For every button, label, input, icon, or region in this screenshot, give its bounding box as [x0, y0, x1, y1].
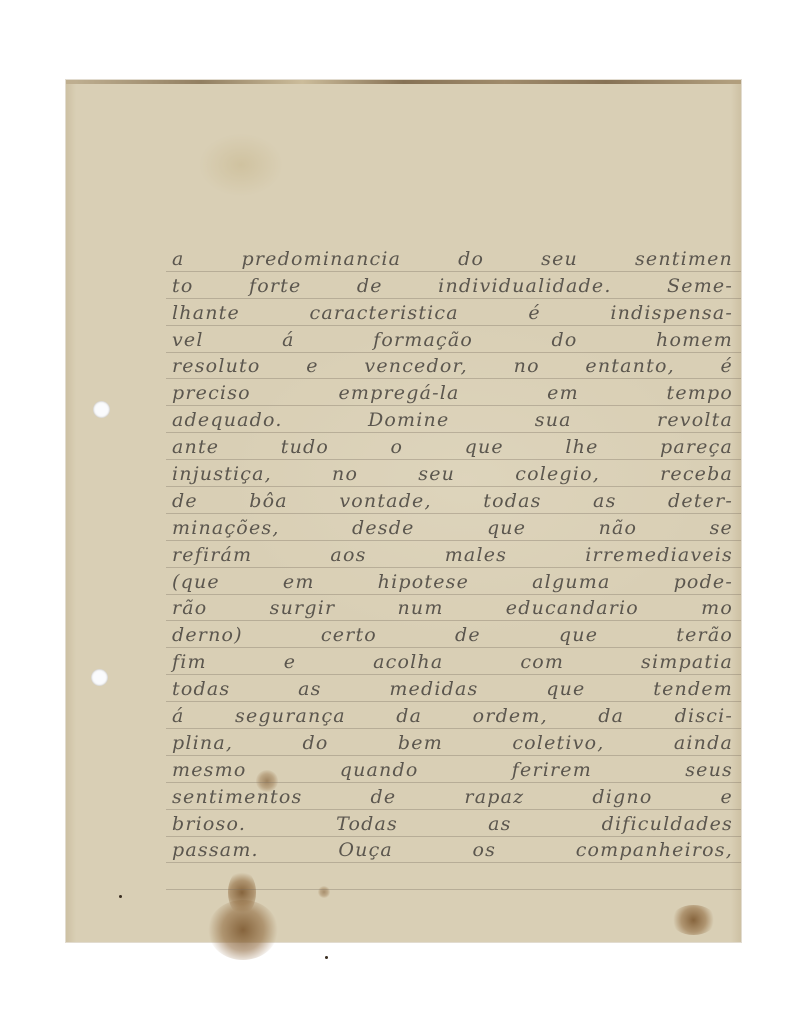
- handwritten-text: to forte de individualidade. Seme-: [172, 275, 733, 297]
- speck: [325, 956, 328, 959]
- text-line: a predominancia do seu sentimen: [166, 245, 741, 272]
- handwritten-text: resoluto e vencedor, no entanto, é: [172, 355, 733, 377]
- text-line: plina, do bem coletivo, ainda: [166, 729, 741, 756]
- handwritten-text: a predominancia do seu sentimen: [172, 248, 733, 270]
- text-line: resoluto e vencedor, no entanto, é: [166, 353, 741, 380]
- text-line: vel á formação do homem: [166, 326, 741, 353]
- handwritten-text: lhante caracteristica é indispensa-: [172, 302, 733, 324]
- binder-hole-lower: [91, 669, 108, 686]
- text-line: minações, desde que não se: [166, 514, 741, 541]
- text-line: preciso empregá-la em tempo: [166, 379, 741, 406]
- text-line: de bôa vontade, todas as deter-: [166, 487, 741, 514]
- torn-top-edge: [66, 80, 741, 84]
- handwritten-text: refirám aos males irremediaveis: [172, 544, 733, 566]
- ruled-text-area: a predominancia do seu sentimen to forte…: [166, 245, 741, 890]
- handwritten-text: vel á formação do homem: [172, 329, 733, 351]
- text-line: brioso. Todas as dificuldades: [166, 810, 741, 837]
- text-line: passam. Ouça os companheiros,: [166, 837, 741, 864]
- text-line: (que em hipotese alguma pode-: [166, 568, 741, 595]
- text-line: rão surgir num educandario mo: [166, 595, 741, 622]
- text-line: to forte de individualidade. Seme-: [166, 272, 741, 299]
- text-line: adequado. Domine sua revolta: [166, 406, 741, 433]
- handwritten-text: rão surgir num educandario mo: [172, 597, 733, 619]
- handwritten-text: fim e acolha com simpatia: [172, 651, 733, 673]
- handwritten-text: brioso. Todas as dificuldades: [172, 813, 733, 835]
- text-line: lhante caracteristica é indispensa-: [166, 299, 741, 326]
- speck: [119, 895, 122, 898]
- text-line: derno) certo de que terão: [166, 621, 741, 648]
- text-line: sentimentos de rapaz digno e: [166, 783, 741, 810]
- text-line: fim e acolha com simpatia: [166, 648, 741, 675]
- handwritten-text: (que em hipotese alguma pode-: [172, 571, 733, 593]
- text-line: refirám aos males irremediaveis: [166, 541, 741, 568]
- handwritten-text: ante tudo o que lhe pareça: [172, 436, 733, 458]
- handwritten-text: plina, do bem coletivo, ainda: [172, 732, 733, 754]
- handwritten-text: derno) certo de que terão: [172, 624, 733, 646]
- handwritten-text: á segurança da ordem, da disci-: [172, 705, 733, 727]
- handwritten-text: injustiça, no seu colegio, receba: [172, 463, 733, 485]
- text-line: á segurança da ordem, da disci-: [166, 702, 741, 729]
- binder-hole-upper: [93, 401, 110, 418]
- handwritten-text: de bôa vontade, todas as deter-: [172, 490, 733, 512]
- handwritten-text: adequado. Domine sua revolta: [172, 409, 733, 431]
- manuscript-page: a predominancia do seu sentimen to forte…: [66, 80, 741, 942]
- handwritten-text: minações, desde que não se: [172, 517, 733, 539]
- handwritten-text: preciso empregá-la em tempo: [172, 382, 733, 404]
- text-line: todas as medidas que tendem: [166, 675, 741, 702]
- handwritten-text: mesmo quando ferirem seus: [172, 759, 733, 781]
- text-line: ante tudo o que lhe pareça: [166, 433, 741, 460]
- handwritten-text: passam. Ouça os companheiros,: [172, 839, 733, 861]
- stain-bottom-right: [671, 905, 716, 935]
- handwritten-text: todas as medidas que tendem: [172, 678, 733, 700]
- text-line: mesmo quando ferirem seus: [166, 756, 741, 783]
- text-line: injustiça, no seu colegio, receba: [166, 460, 741, 487]
- handwritten-text: sentimentos de rapaz digno e: [172, 786, 733, 808]
- text-line: [166, 863, 741, 890]
